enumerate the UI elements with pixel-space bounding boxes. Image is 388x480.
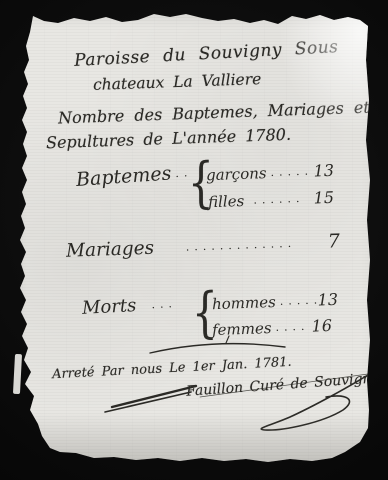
paper-sheet: Paroisse du Souvigny Sous chateaux La Va… [0, 0, 388, 480]
document-scan: Paroisse du Souvigny Sous chateaux La Va… [0, 0, 388, 480]
torn-paper-fragment [13, 354, 22, 394]
hommes-row: hommes ..... 13 [212, 290, 339, 313]
mariages-count: 7 [327, 230, 340, 252]
garcons-row: garçons ...... 13 [206, 161, 335, 184]
femmes-count: 16 [311, 316, 332, 336]
signature-paraph-flourish [50, 335, 375, 435]
baptemes-row: Baptemes .... [75, 161, 192, 191]
filles-leader-dots: ...... [244, 192, 314, 207]
morts-row: Morts ... [82, 292, 193, 319]
register-subtitle-line-2: Sepultures de L'année 1780. [46, 125, 292, 153]
hommes-count: 13 [317, 290, 338, 310]
hommes-label: hommes [212, 293, 276, 313]
morts-leader-dots: ... [136, 296, 192, 312]
garcons-leader-dots: ...... [266, 164, 314, 179]
baptemes-label: Baptemes [75, 162, 172, 191]
mariages-leader-dots: ............. [154, 236, 328, 255]
femmes-leader-dots: .... [271, 320, 312, 334]
parish-title-line-2: chateaux La Valliere [93, 70, 262, 94]
garcons-count: 13 [313, 161, 334, 181]
mariages-label: Mariages [66, 238, 155, 262]
morts-label: Morts [82, 295, 137, 319]
filles-row: filles ...... 15 [208, 188, 335, 211]
register-subtitle-line-1: Nombre des Baptemes, Mariages et [58, 98, 370, 128]
filles-count: 15 [313, 188, 334, 208]
mariages-row: Mariages ............. 7 [66, 230, 341, 262]
hommes-leader-dots: ..... [275, 294, 317, 308]
parish-title-line-1: Paroisse du Souvigny Sous [74, 37, 339, 71]
garcons-label: garçons [206, 164, 267, 184]
filles-label: filles [208, 192, 245, 211]
